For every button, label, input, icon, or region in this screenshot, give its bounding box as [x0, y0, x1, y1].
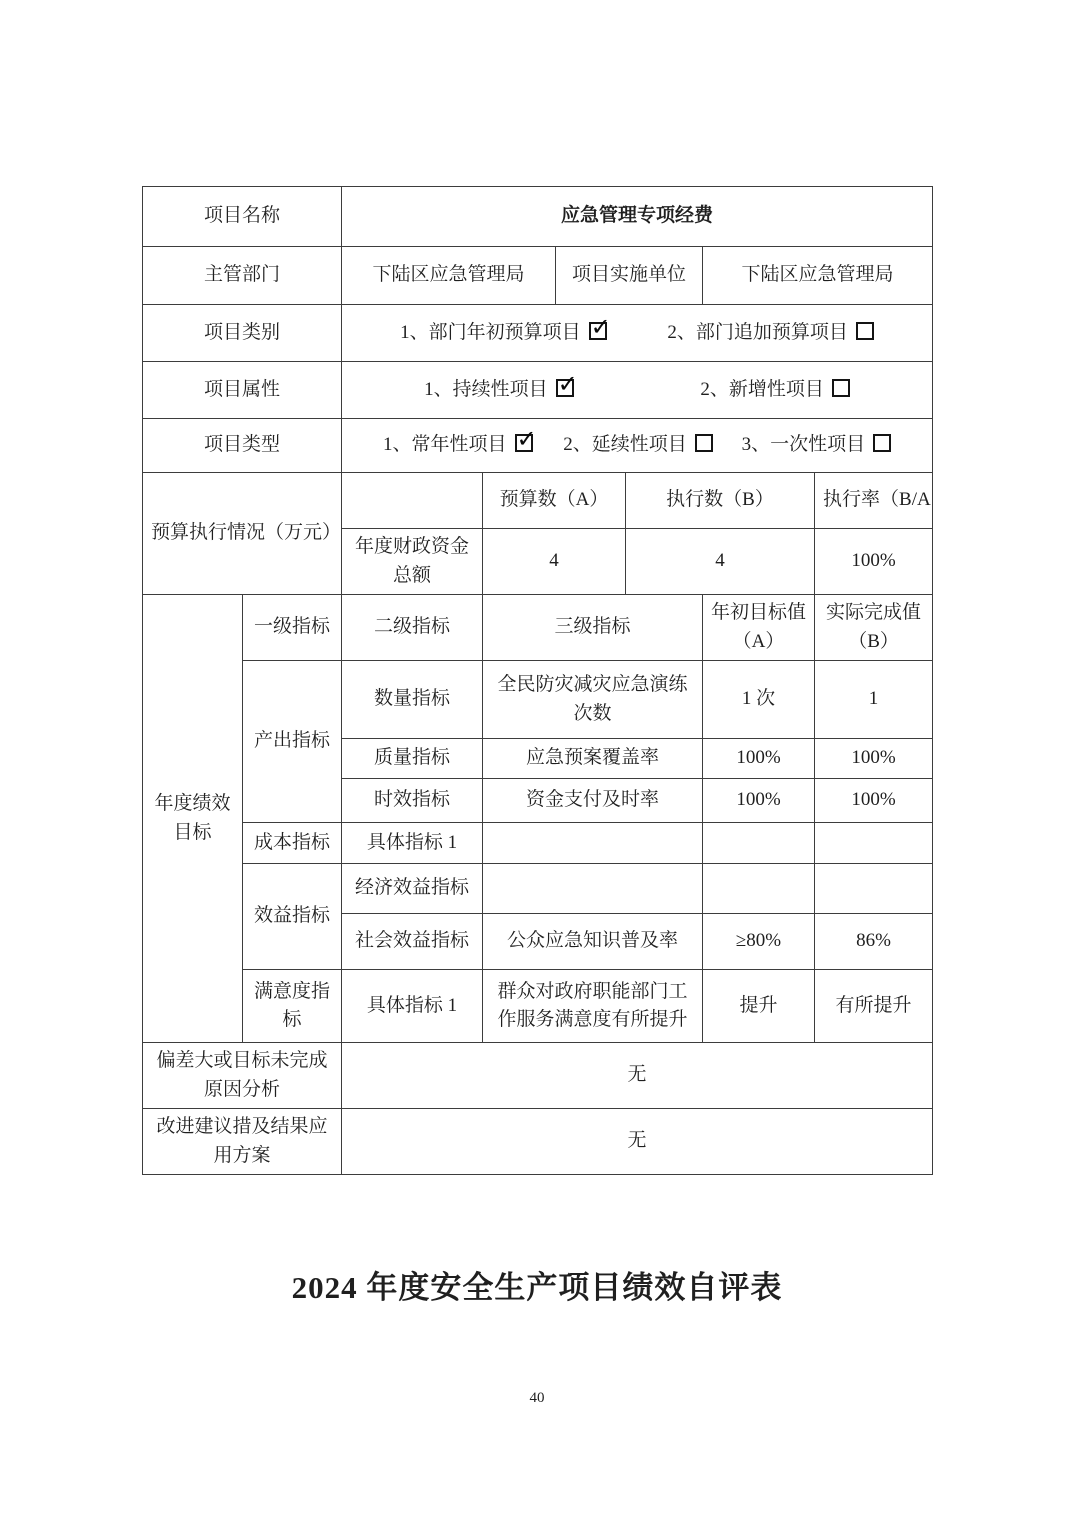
- budget-row-label: 年度财政资金总额: [342, 529, 483, 595]
- category-option-1: 1、部门年初预算项目✓: [400, 319, 607, 348]
- performance-self-evaluation-table: 项目名称 应急管理专项经费 主管部门 下陆区应急管理局 项目实施单位 下陆区应急…: [142, 186, 933, 1175]
- perf-actual-cost: [815, 823, 933, 864]
- perf-l3-quantity: 全民防灾减灾应急演练次数: [483, 661, 703, 739]
- deviation-label: 偏差大或目标未完成原因分析: [143, 1043, 342, 1109]
- checkbox-checked-icon: ✓: [515, 434, 533, 452]
- type-option-2: 2、延续性项目: [563, 431, 713, 460]
- perf-l2-quantity: 数量指标: [342, 661, 483, 739]
- type-option-1-label: 1、常年性项目: [383, 434, 507, 455]
- perf-actual-economic: [815, 864, 933, 914]
- checkbox-unchecked-icon: [832, 379, 850, 397]
- type-option-1: 1、常年性项目✓: [383, 431, 533, 460]
- perf-actual-social: 86%: [815, 914, 933, 970]
- type-option-3-label: 3、一次性项目: [742, 434, 866, 455]
- checkbox-checked-icon: ✓: [589, 322, 607, 340]
- perf-l3-social: 公众应急知识普及率: [483, 914, 703, 970]
- perf-header-l3: 三级指标: [483, 595, 703, 661]
- budget-col-rate: 执行率（B/A）: [815, 473, 933, 529]
- checkbox-unchecked-icon: [856, 322, 874, 340]
- perf-actual-timeliness: 100%: [815, 779, 933, 823]
- rate-value: 100%: [815, 529, 933, 595]
- exec-value: 4: [626, 529, 815, 595]
- category-label: 项目类别: [143, 305, 342, 362]
- perf-l2-timeliness: 时效指标: [342, 779, 483, 823]
- type-option-2-label: 2、延续性项目: [563, 434, 687, 455]
- budget-value: 4: [483, 529, 626, 595]
- checkbox-checked-icon: ✓: [556, 379, 574, 397]
- document-page: 项目名称 应急管理专项经费 主管部门 下陆区应急管理局 项目实施单位 下陆区应急…: [0, 0, 1074, 1520]
- type-label: 项目类型: [143, 419, 342, 473]
- perf-header-actual: 实际完成值（B）: [815, 595, 933, 661]
- perf-actual-quality: 100%: [815, 739, 933, 779]
- perf-header-target: 年初目标值（A）: [703, 595, 815, 661]
- budget-section-label: 预算执行情况（万元）: [143, 473, 342, 595]
- perf-l1-satisfaction: 满意度指标: [243, 970, 342, 1043]
- page-number: 40: [0, 1390, 1074, 1407]
- perf-l2-social: 社会效益指标: [342, 914, 483, 970]
- checkbox-unchecked-icon: [695, 434, 713, 452]
- perf-target-economic: [703, 864, 815, 914]
- perf-target-cost: [703, 823, 815, 864]
- perf-header-l2: 二级指标: [342, 595, 483, 661]
- perf-l3-quality: 应急预案覆盖率: [483, 739, 703, 779]
- impl-unit-value: 下陆区应急管理局: [703, 247, 933, 305]
- impl-unit-label: 项目实施单位: [556, 247, 703, 305]
- perf-actual-quantity: 1: [815, 661, 933, 739]
- perf-l2-cost: 具体指标 1: [342, 823, 483, 864]
- budget-col-exec: 执行数（B）: [626, 473, 815, 529]
- perf-target-social: ≥80%: [703, 914, 815, 970]
- budget-empty-cell: [342, 473, 483, 529]
- category-option-1-label: 1、部门年初预算项目: [400, 322, 581, 343]
- perf-l2-satisfaction: 具体指标 1: [342, 970, 483, 1043]
- perf-target-quantity: 1 次: [703, 661, 815, 739]
- perf-l3-satisfaction: 群众对政府职能部门工作服务满意度有所提升: [483, 970, 703, 1043]
- perf-l1-output: 产出指标: [243, 661, 342, 823]
- category-option-2-label: 2、部门追加预算项目: [667, 322, 848, 343]
- dept-label: 主管部门: [143, 247, 342, 305]
- perf-l1-cost: 成本指标: [243, 823, 342, 864]
- attribute-options: 1、持续性项目✓ 2、新增性项目: [342, 362, 933, 419]
- perf-l3-timeliness: 资金支付及时率: [483, 779, 703, 823]
- perf-target-quality: 100%: [703, 739, 815, 779]
- next-section-title: 2024 年度安全生产项目绩效自评表: [0, 1262, 1074, 1307]
- improvement-value: 无: [342, 1109, 933, 1175]
- perf-actual-satisfaction: 有所提升: [815, 970, 933, 1043]
- attribute-option-2-label: 2、新增性项目: [700, 379, 824, 400]
- attribute-label: 项目属性: [143, 362, 342, 419]
- dept-value: 下陆区应急管理局: [342, 247, 556, 305]
- perf-header-l1: 一级指标: [243, 595, 342, 661]
- perf-target-satisfaction: 提升: [703, 970, 815, 1043]
- budget-col-budget: 预算数（A）: [483, 473, 626, 529]
- category-option-2: 2、部门追加预算项目: [667, 319, 874, 348]
- perf-target-timeliness: 100%: [703, 779, 815, 823]
- type-options: 1、常年性项目✓ 2、延续性项目 3、一次性项目: [342, 419, 933, 473]
- attribute-option-2: 2、新增性项目: [700, 376, 850, 405]
- deviation-value: 无: [342, 1043, 933, 1109]
- attribute-option-1: 1、持续性项目✓: [424, 376, 574, 405]
- perf-l3-economic: [483, 864, 703, 914]
- perf-l3-cost: [483, 823, 703, 864]
- attribute-option-1-label: 1、持续性项目: [424, 379, 548, 400]
- perf-l2-economic: 经济效益指标: [342, 864, 483, 914]
- improvement-label: 改进建议措及结果应用方案: [143, 1109, 342, 1175]
- type-option-3: 3、一次性项目: [742, 431, 892, 460]
- category-options: 1、部门年初预算项目✓ 2、部门追加预算项目: [342, 305, 933, 362]
- project-name-label: 项目名称: [143, 187, 342, 247]
- perf-l1-benefit: 效益指标: [243, 864, 342, 970]
- perf-section-label: 年度绩效目标: [143, 595, 243, 1043]
- project-name-value: 应急管理专项经费: [342, 187, 933, 247]
- perf-l2-quality: 质量指标: [342, 739, 483, 779]
- checkbox-unchecked-icon: [873, 434, 891, 452]
